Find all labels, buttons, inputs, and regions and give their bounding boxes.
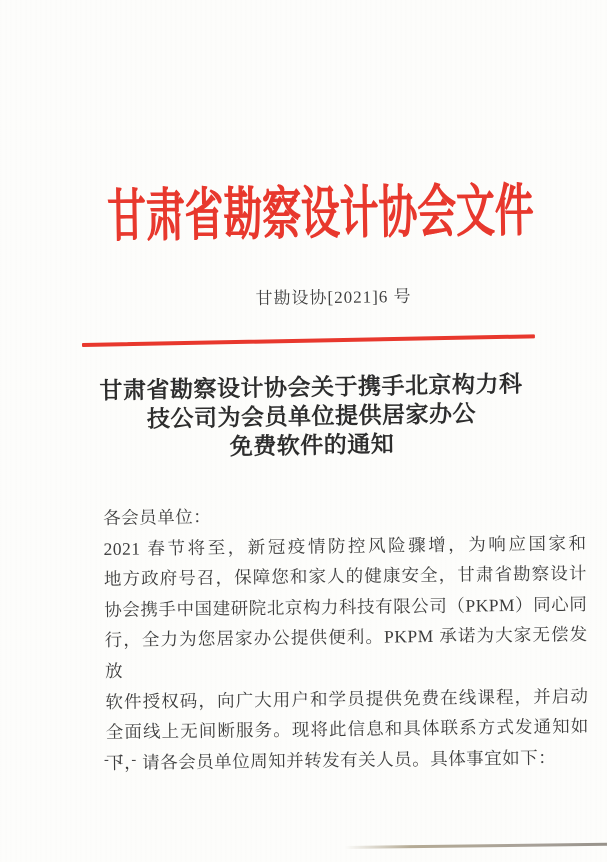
paragraph-line-7: 下，请各会员单位周知并转发有关人员。具体事宜如下： [106,742,589,778]
notice-body: 各会员单位： 2021 春节将至，新冠疫情防控风险骤增，为响应国家和 地方政府号… [103,497,589,778]
scanned-document-page: 甘肃省勘察设计协会文件 甘勘设协[2021]6 号 甘肃省勘察设计协会关于携手北… [0,0,607,862]
letterhead-red-divider [82,334,535,347]
doc-reference-number: 甘勘设协[2021]6 号 [30,279,607,312]
notice-title: 甘肃省勘察设计协会关于携手北京构力科 技公司为会员单位提供居家办公 免费软件的通… [7,368,607,465]
scanner-edge-artifact [345,843,607,849]
letterhead-org-title: 甘肃省勘察设计协会文件 [107,183,521,246]
paragraph-line-4: 行，全力为您居家办公提供便利。PKPM 承诺为大家无偿发放 [104,619,588,686]
page-number: - 1 - [104,752,138,769]
